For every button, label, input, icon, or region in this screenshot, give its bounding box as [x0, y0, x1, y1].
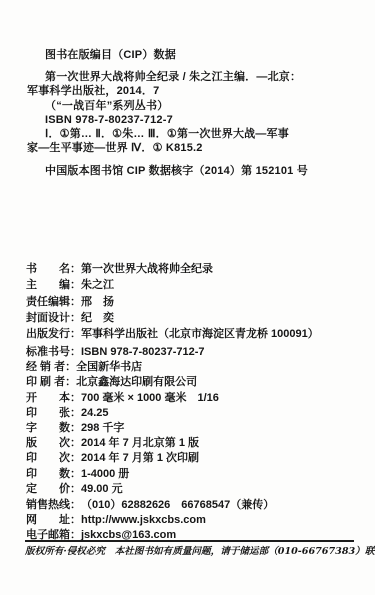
row-label: 出版发行：	[26, 326, 81, 342]
info-row-publisher: 出版发行：军事科学出版社（北京市海淀区青龙桥 100091）	[26, 326, 361, 342]
info-row-isbn: 标准书号：ISBN 978-7-80237-712-7	[26, 345, 361, 360]
row-label: 版 次：	[26, 436, 81, 451]
info-row-title: 书 名：第一次世界大战将帅全纪录	[26, 261, 361, 277]
footer-divider	[25, 540, 354, 542]
row-value: 邢 扬	[81, 296, 114, 308]
info-row-cover-design: 封面设计：纪 奕	[26, 310, 361, 326]
row-label: 标准书号：	[26, 345, 81, 360]
info-row-word-count: 字 数：298 千字	[26, 421, 361, 436]
info-row-website: 网 址：http://www.jskxcbs.com	[26, 513, 361, 528]
cip-line-publisher: 军事科学出版社，2014．7	[27, 84, 357, 98]
row-label: 印 数：	[26, 467, 81, 482]
info-row-sheets: 印 张：24.25	[26, 406, 361, 421]
info-row-print-run: 印 数：1-4000 册	[26, 467, 361, 482]
row-value: 北京鑫海达印刷有限公司	[76, 376, 197, 388]
copyright-notice: 版权所有·侵权必究 本社图书如有质量问题，请于储运部（010-66767383）…	[25, 546, 363, 558]
cip-heading: 图书在版编目（CIP）数据	[45, 48, 357, 62]
row-label: 书 名：	[26, 261, 81, 277]
book-info-section: 书 名：第一次世界大战将帅全纪录 主 编：朱之江 责任编辑：邢 扬 封面设计：纪…	[26, 261, 361, 342]
cip-line-classification-1: Ⅰ．①第… Ⅱ．①朱… Ⅲ．①第一次世界大战—军事	[27, 127, 357, 141]
row-label: 网 址：	[26, 513, 81, 528]
row-value: 298 千字	[81, 422, 124, 434]
row-label: 定 价：	[26, 482, 81, 497]
contact-info-section: 销售热线：（010）62882626 66768547（兼传） 网 址：http…	[26, 498, 361, 544]
row-label: 印 次：	[26, 451, 81, 466]
row-value: 朱之江	[81, 279, 114, 291]
row-value: （010）62882626 66768547（兼传）	[81, 499, 274, 511]
cip-line-title: 第一次世界大战将帅全纪录 / 朱之江主编．—北京：	[27, 70, 357, 84]
publication-info-section: 标准书号：ISBN 978-7-80237-712-7 经 销 者：全国新华书店…	[26, 345, 361, 497]
row-label: 印 刷 者：	[26, 375, 76, 390]
row-value: 纪 奕	[81, 312, 114, 324]
info-row-chief-editor: 主 编：朱之江	[26, 277, 361, 293]
row-value: 2014 年 7 月第 1 次印刷	[81, 452, 199, 464]
cip-line-classification-2: 家—生平事迹—世界 Ⅳ．① K815.2	[27, 141, 357, 155]
row-value: 2014 年 7 月北京第 1 版	[81, 437, 199, 449]
row-label: 封面设计：	[26, 310, 81, 326]
cip-line-series: （“一战百年”系列丛书）	[27, 99, 357, 113]
info-row-impression: 印 次：2014 年 7 月第 1 次印刷	[26, 451, 361, 466]
row-label: 字 数：	[26, 421, 81, 436]
row-value: 军事科学出版社（北京市海淀区青龙桥 100091）	[81, 328, 319, 340]
row-label: 销售热线：	[26, 498, 81, 513]
row-value: 24.25	[81, 407, 109, 419]
row-label: 主 编：	[26, 277, 81, 293]
info-row-printer: 印 刷 者：北京鑫海达印刷有限公司	[26, 375, 361, 390]
row-label: 责任编辑：	[26, 294, 81, 310]
row-value: 700 毫米 × 1000 毫米 1/16	[81, 392, 219, 404]
row-label: 经 销 者：	[26, 360, 76, 375]
row-value: 49.00 元	[81, 483, 123, 495]
row-value: ISBN 978-7-80237-712-7	[81, 346, 205, 358]
info-row-edition: 版 次：2014 年 7 月北京第 1 版	[26, 436, 361, 451]
cip-line-isbn: ISBN 978-7-80237-712-7	[27, 113, 357, 127]
info-row-distributor: 经 销 者：全国新华书店	[26, 360, 361, 375]
info-row-responsible-editor: 责任编辑：邢 扬	[26, 294, 361, 310]
row-value: 1-4000 册	[81, 468, 129, 480]
row-value: http://www.jskxcbs.com	[81, 514, 206, 526]
row-label: 印 张：	[26, 406, 81, 421]
row-label: 开 本：	[26, 391, 81, 406]
cip-section: 图书在版编目（CIP）数据 第一次世界大战将帅全纪录 / 朱之江主编．—北京： …	[27, 48, 357, 179]
row-value: 第一次世界大战将帅全纪录	[81, 263, 213, 275]
info-row-sales-hotline: 销售热线：（010）62882626 66768547（兼传）	[26, 498, 361, 513]
info-row-format: 开 本：700 毫米 × 1000 毫米 1/16	[26, 391, 361, 406]
book-copyright-page: 图书在版编目（CIP）数据 第一次世界大战将帅全纪录 / 朱之江主编．—北京： …	[0, 0, 375, 595]
row-value: 全国新华书店	[76, 361, 142, 373]
cip-record-number: 中国版本图书馆 CIP 数据核字（2014）第 152101 号	[45, 164, 357, 178]
info-row-price: 定 价：49.00 元	[26, 482, 361, 497]
